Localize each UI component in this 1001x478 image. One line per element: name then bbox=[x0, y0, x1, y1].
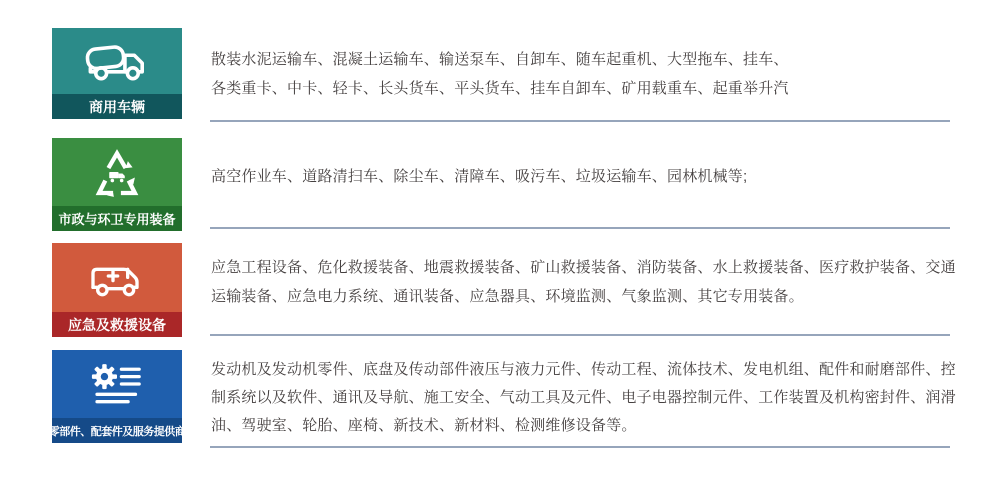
exhibit-categories-panel: 商用车辆 散装水泥运输车、混凝土运输车、输送泵车、自卸车、随车起重机、大型拖车、… bbox=[0, 0, 1001, 478]
category-label: 市政与环卫专用装备 bbox=[52, 206, 182, 231]
category-description: 发动机及发动机零件、底盘及传动部件液压与液力元件、传动工程、流体技术、发电机组、… bbox=[211, 356, 971, 440]
category-card-emergency-rescue: 应急及救援设备 bbox=[52, 243, 182, 337]
card-icon-area bbox=[52, 28, 182, 94]
description-line: 制系统以及软件、通讯及导航、施工安全、气动工具及元件、电子电器控制元件、工作装置… bbox=[211, 384, 971, 412]
card-icon-area bbox=[52, 350, 182, 418]
category-card-commercial-vehicles: 商用车辆 bbox=[52, 28, 182, 119]
description-line: 散装水泥运输车、混凝土运输车、输送泵车、自卸车、随车起重机、大型拖车、挂车、 bbox=[211, 45, 971, 74]
description-line: 运输装备、应急电力系统、通讯装备、应急器具、环境监测、气象监测、其它专用装备。 bbox=[211, 282, 971, 311]
category-description: 高空作业车、道路清扫车、除尘车、清障车、吸污车、垃圾运输车、园林机械等; bbox=[211, 162, 971, 191]
category-label: 应急及救援设备 bbox=[52, 312, 182, 337]
divider-line bbox=[210, 120, 950, 122]
description-line: 高空作业车、道路清扫车、除尘车、清障车、吸污车、垃圾运输车、园林机械等; bbox=[211, 162, 971, 191]
category-description: 散装水泥运输车、混凝土运输车、输送泵车、自卸车、随车起重机、大型拖车、挂车、 各… bbox=[211, 45, 971, 103]
divider-line bbox=[210, 334, 950, 336]
divider-line bbox=[210, 446, 950, 448]
category-description: 应急工程设备、危化救援装备、地震救援装备、矿山救援装备、消防装备、水上救援装备、… bbox=[211, 253, 971, 311]
description-line: 应急工程设备、危化救援装备、地震救援装备、矿山救援装备、消防装备、水上救援装备、… bbox=[211, 253, 971, 282]
gear-list-icon bbox=[86, 361, 148, 407]
category-label: 零部件、配套件及服务提供商 bbox=[52, 418, 182, 443]
divider-line bbox=[210, 227, 950, 229]
description-line: 油、驾驶室、轮胎、座椅、新技术、新材料、检测维修设备等。 bbox=[211, 412, 971, 440]
truck-icon bbox=[81, 39, 153, 83]
description-line: 发动机及发动机零件、底盘及传动部件液压与液力元件、传动工程、流体技术、发电机组、… bbox=[211, 356, 971, 384]
category-label: 商用车辆 bbox=[52, 94, 182, 119]
card-icon-area bbox=[52, 243, 182, 312]
category-card-municipal-sanitation: 市政与环卫专用装备 bbox=[52, 138, 182, 231]
ambulance-icon bbox=[85, 257, 149, 299]
description-line: 各类重卡、中卡、轻卡、长头货车、平头货车、挂车自卸车、矿用载重车、起重举升汽 bbox=[211, 74, 971, 103]
card-icon-area bbox=[52, 138, 182, 206]
category-card-parts-services: 零部件、配套件及服务提供商 bbox=[52, 350, 182, 443]
recycle-icon bbox=[89, 144, 145, 200]
